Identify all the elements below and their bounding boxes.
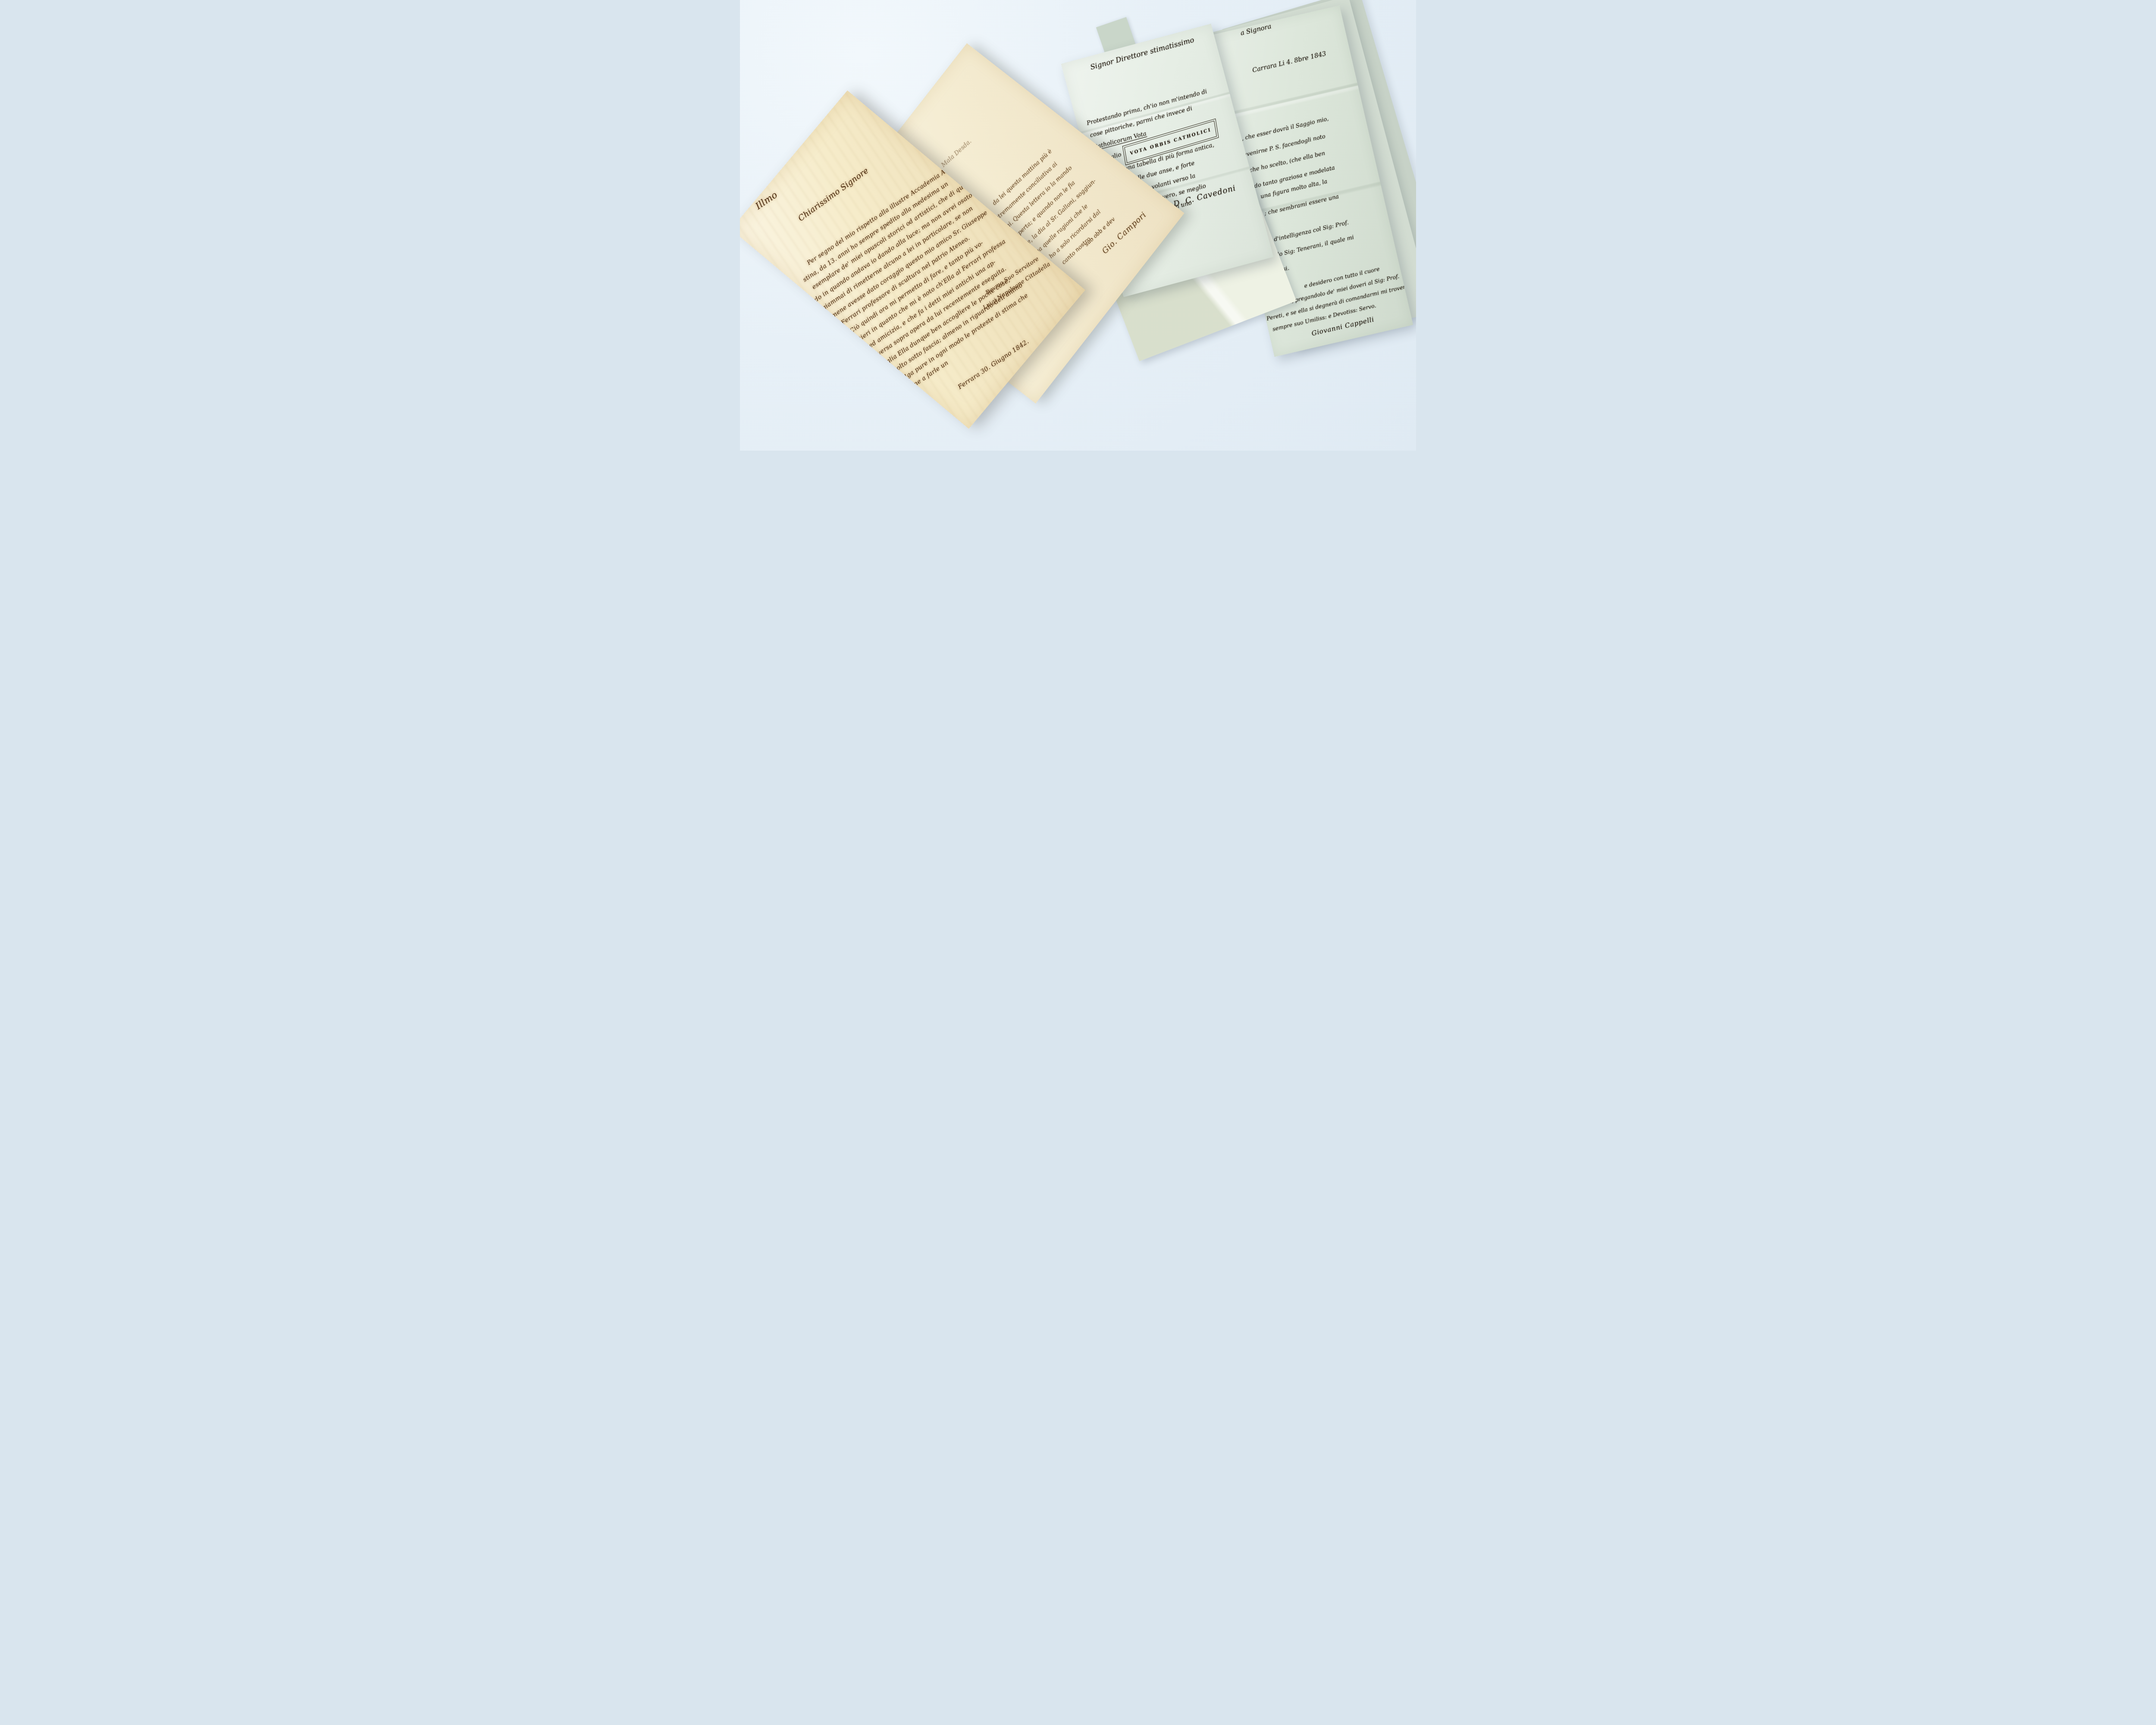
letter-cittadella-illmo: Illmo [754, 189, 780, 211]
letter-campori-faint-line: Mala Desda. [940, 138, 973, 169]
letter-cappelli-dateline: Carrara Li 4. 8bre 1843 [1236, 47, 1342, 78]
letter-cavedoni-salutation: Signor Direttore stimatissimo [1075, 32, 1210, 75]
letter-cittadella-salutation: Chiarissimo Signore [796, 166, 870, 223]
photo-of-letters: a Signora Carrara Li 4. 8bre 1843 il lav… [740, 0, 1416, 451]
